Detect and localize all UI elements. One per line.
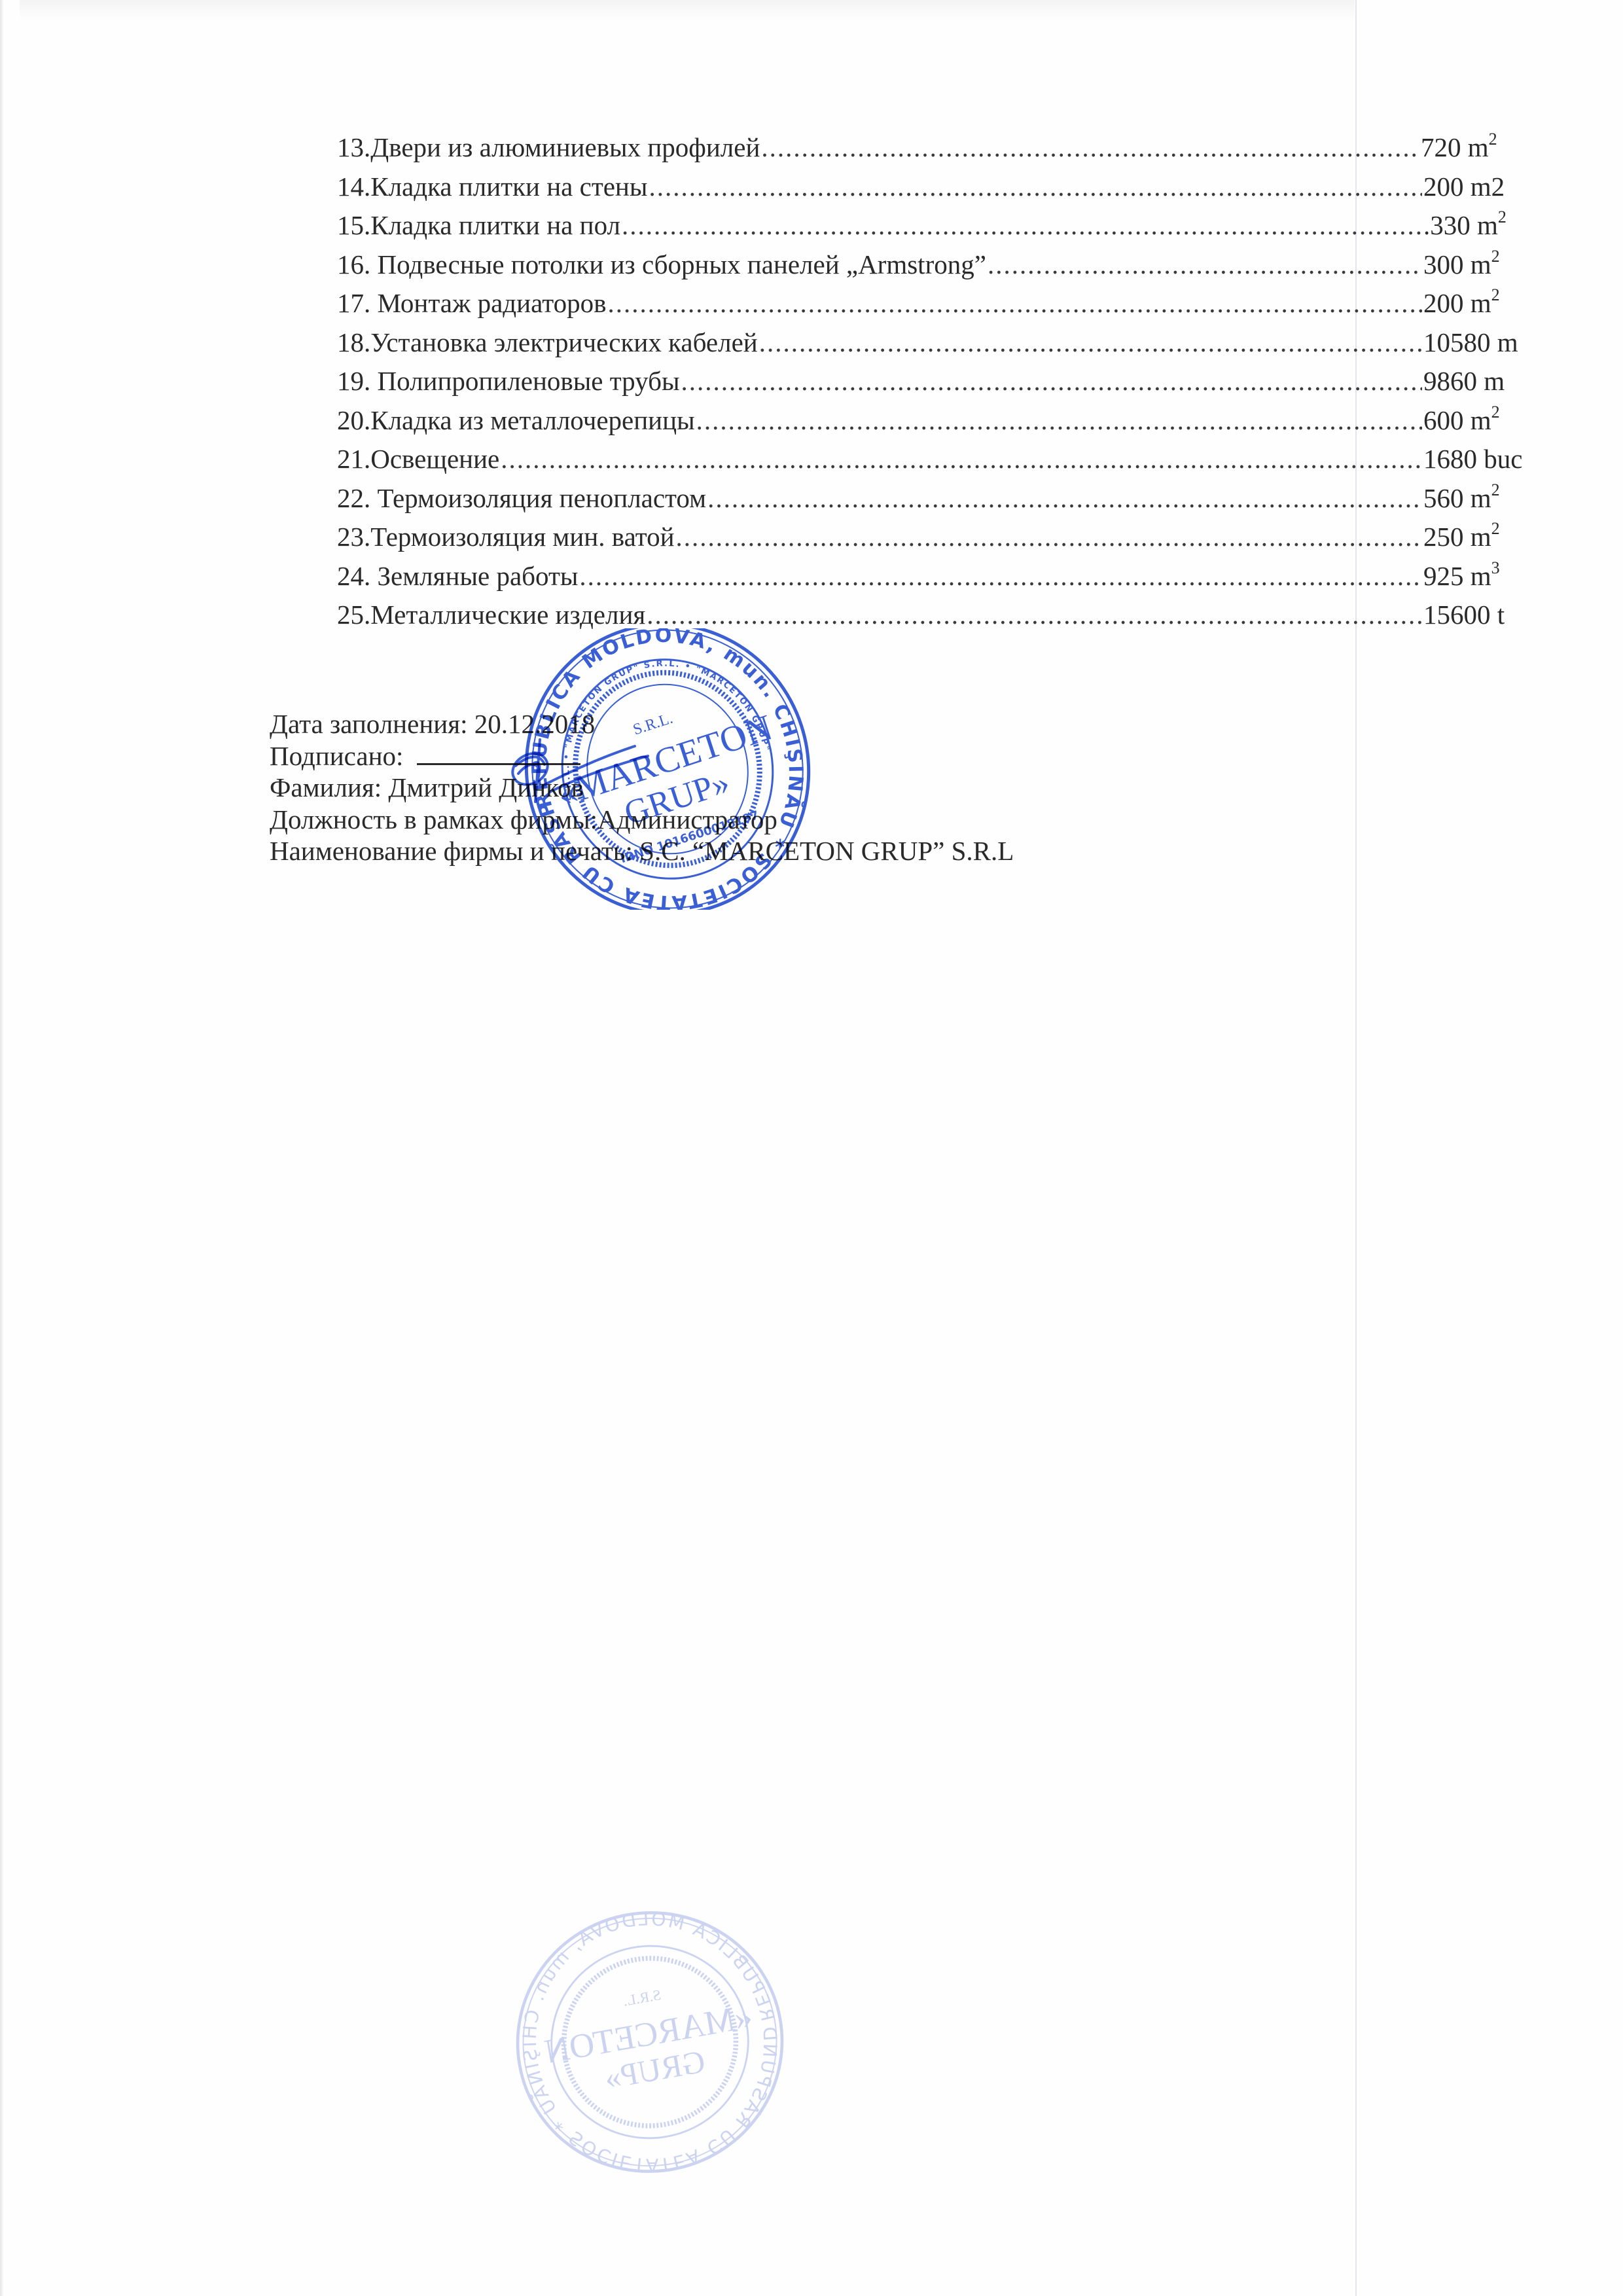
work-label: 17. Монтаж радиаторов	[337, 284, 606, 323]
dot-leader	[988, 245, 1422, 285]
work-label: 22. Термоизоляция пенопластом	[337, 479, 706, 518]
work-quantity: 15600 t	[1423, 596, 1528, 635]
dot-leader	[681, 362, 1423, 401]
work-label: 20.Кладка из металлочерепицы	[337, 401, 695, 440]
fill-date-label: Дата заполнения:	[270, 709, 474, 739]
work-quantity: 1680 buc	[1423, 440, 1528, 479]
work-quantity: 200 m2	[1423, 284, 1528, 323]
fill-date-line: Дата заполнения: 20.12.2018	[270, 708, 1014, 740]
dot-leader	[501, 440, 1422, 479]
dot-leader	[676, 518, 1422, 557]
fill-date-value: 20.12.2018	[474, 709, 596, 739]
work-item-13: 13.Двери из алюминиевых профилей 720 m2	[337, 128, 1528, 168]
work-item-14: 14.Кладка плитки на стены 200 m2	[337, 168, 1528, 207]
work-label: 18.Установка электрических кабелей	[337, 323, 758, 363]
svg-text:«MARCETON: «MARCETON	[542, 1997, 755, 2071]
dot-leader	[622, 206, 1422, 245]
signature-block: Дата заполнения: 20.12.2018 Подписано: Ф…	[270, 708, 1014, 867]
work-item-21: 21.Освещение 1680 buc	[337, 440, 1528, 479]
work-quantity: 560 m2	[1423, 479, 1528, 518]
surname-line: Фамилия: Дмитрий Динков	[270, 772, 1014, 804]
work-label: 21.Освещение	[337, 440, 499, 479]
work-label: 25.Металлические изделия	[337, 596, 645, 635]
dot-leader	[707, 479, 1422, 518]
works-list: 13.Двери из алюминиевых профилей 720 m2 …	[337, 128, 1528, 635]
work-label: 13.Двери из алюминиевых профилей	[337, 128, 760, 168]
work-quantity: 10580 m	[1423, 323, 1528, 363]
company-value: S.C. “MARCETON GRUP” S.R.L	[639, 836, 1014, 866]
work-item-23: 23.Термоизоляция мин. ватой 250 m2	[337, 518, 1528, 557]
signature-field	[417, 741, 580, 765]
dot-leader	[696, 401, 1422, 440]
work-label: 16. Подвесные потолки из сборных панелей…	[337, 245, 986, 285]
work-label: 23.Термоизоляция мин. ватой	[337, 518, 675, 557]
work-label: 15.Кладка плитки на пол	[337, 206, 620, 245]
work-item-16: 16. Подвесные потолки из сборных панелей…	[337, 245, 1528, 285]
work-label: 19. Полипропиленовые трубы	[337, 362, 680, 401]
work-quantity: .330 m2	[1423, 206, 1528, 245]
signed-line: Подписано:	[270, 740, 1014, 772]
work-quantity: 720 m2	[1421, 128, 1525, 168]
work-quantity: 300 m2	[1423, 245, 1528, 285]
work-item-15: 15.Кладка плитки на пол .330 m2	[337, 206, 1528, 245]
work-item-17: 17. Монтаж радиаторов 200 m2	[337, 284, 1528, 323]
work-label: 14.Кладка плитки на стены	[337, 168, 647, 207]
scan-edge	[0, 0, 4, 2296]
work-item-22: 22. Термоизоляция пенопластом 560 m2	[337, 479, 1528, 518]
position-line: Должность в рамках фирмы:Администратор	[270, 804, 1014, 836]
dot-leader	[761, 128, 1419, 168]
work-quantity: 925 m3	[1423, 557, 1528, 596]
work-item-20: 20.Кладка из металлочерепицы 600 m2	[337, 401, 1528, 440]
signed-label: Подписано:	[270, 741, 410, 771]
svg-text:S.R.L.: S.R.L.	[622, 1986, 662, 2009]
work-item-18: 18.Установка электрических кабелей 10580…	[337, 323, 1528, 363]
document-page: 13.Двери из алюминиевых профилей 720 m2 …	[0, 0, 1623, 2296]
dot-leader	[607, 284, 1422, 323]
dot-leader	[759, 323, 1422, 363]
dot-leader	[649, 168, 1422, 207]
work-item-25: 25.Металлические изделия 15600 t	[337, 596, 1528, 635]
work-quantity: 250 m2	[1423, 518, 1528, 557]
position-value: Администратор	[597, 804, 777, 834]
position-label: Должность в рамках фирмы:	[270, 804, 597, 834]
work-label: 24. Земляные работы	[337, 557, 578, 596]
work-quantity: 9860 m	[1423, 362, 1528, 401]
company-label: Наименование фирмы и печать:	[270, 836, 639, 866]
scan-noise	[20, 0, 1355, 20]
svg-text:GRUP»: GRUP»	[601, 2043, 707, 2096]
work-quantity: 200 m2	[1423, 168, 1528, 207]
company-line: Наименование фирмы и печать: S.C. “MARCE…	[270, 835, 1014, 867]
svg-text:REPUBLICA MOLDOVA, mun. CHIŞIN: REPUBLICA MOLDOVA, mun. CHIŞINĂU * SOCIE…	[495, 1871, 827, 2197]
stamp-bleed-through-icon: REPUBLICA MOLDOVA, mun. CHIŞINĂU * SOCIE…	[473, 1871, 827, 2214]
work-quantity: 600 m2	[1423, 401, 1528, 440]
dot-leader	[579, 557, 1422, 596]
surname-label: Фамилия:	[270, 772, 388, 802]
work-item-24: 24. Земляные работы 925 m3	[337, 557, 1528, 596]
surname-value: Дмитрий Динков	[388, 772, 583, 802]
dot-leader	[647, 596, 1422, 635]
work-item-19: 19. Полипропиленовые трубы 9860 m	[337, 362, 1528, 401]
